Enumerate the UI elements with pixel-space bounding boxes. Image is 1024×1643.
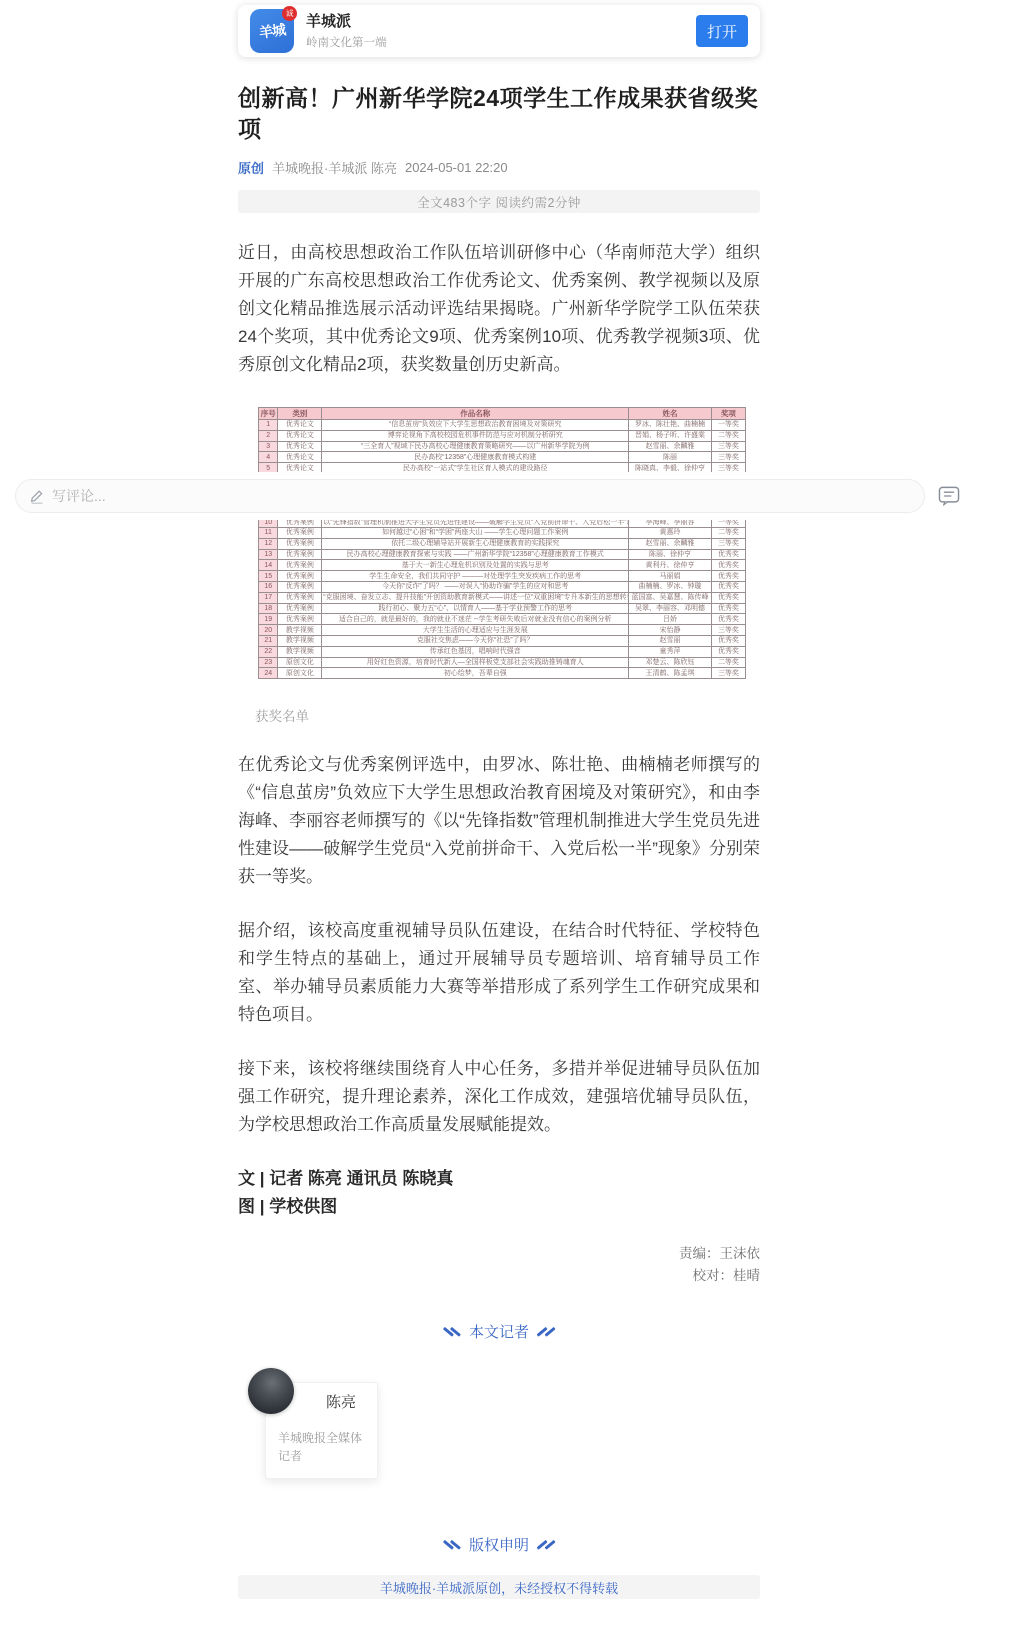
comment-input[interactable]: 写评论... (15, 479, 925, 513)
table-cell: 赵雪丽、余麟雅 (629, 538, 712, 549)
table-header-cell: 作品名称 (322, 408, 629, 420)
table-cell: 24 (259, 668, 278, 679)
table-cell: 教学视频 (278, 646, 322, 657)
credit-text-line: 文 | 记者 陈亮 通讯员 陈晓真 (238, 1165, 760, 1193)
paragraph: 接下来，该校将继续围绕育人中心任务，多措并举促进辅导员队伍加强工作研究，提升理论… (238, 1055, 760, 1139)
app-logo-text: 羊城 (258, 19, 287, 42)
source-author: 羊城晚报·羊城派 陈亮 (272, 158, 397, 177)
table-cell: 陈丽 (629, 452, 712, 463)
table-cell: 蓝国富、吴嘉慧、陈传峰 (629, 592, 712, 603)
table-cell: 优秀奖 (711, 635, 745, 646)
table-cell: 优秀奖 (711, 549, 745, 560)
table-cell: 依托二级心理辅导站开展新生心理健康教育的实践探究 (322, 538, 629, 549)
table-cell: 21 (259, 635, 278, 646)
table-cell: 马丽娟 (629, 571, 712, 582)
table-cell: 优秀奖 (711, 571, 745, 582)
table-cell: 初心绘梦，吾辈自强 (322, 668, 629, 679)
article-column: 羊城 诚 羊城派 岭南文化第一端 打开 创新高！广州新华学院24项学生工作成果获… (238, 0, 760, 1599)
table-cell: 民办高校心理健康教育探索与实践 ——广州新华学院“12358”心理健康教育工作模… (322, 549, 629, 560)
original-tag: 原创 (238, 158, 264, 177)
byline: 原创 羊城晚报·羊城派 陈亮 2024-05-01 22:20 (238, 158, 760, 177)
table-row: 15优秀案例学生生命安全，我们共同守护 ———对处理学生突发疾病工作的思考马丽娟… (259, 571, 746, 582)
table-header-row: 序号类别作品名称姓名奖项 (259, 408, 746, 420)
table-cell: 王清鹤、陈孟琪 (629, 668, 712, 679)
table-cell: 4 (259, 452, 278, 463)
table-cell: 12 (259, 538, 278, 549)
table-cell: 二等奖 (711, 527, 745, 538)
table-cell: 14 (259, 560, 278, 571)
table-cell: 曲楠楠、罗冰、钟璇 (629, 581, 712, 592)
table-cell: 优秀案例 (278, 581, 322, 592)
table-header-cell: 姓名 (629, 408, 712, 420)
table-cell: 晋娟、杨子昕、许盛棠 (629, 430, 712, 441)
table-cell: 践行初心、聚力五“心”、以情育人——基于学业预警工作的思考 (322, 603, 629, 614)
table-cell: 优秀案例 (278, 549, 322, 560)
slash-decoration-icon (447, 1539, 457, 1551)
table-cell: 3 (259, 441, 278, 452)
table-cell: 用好红色资源，培育时代新人—全国样板党支部社会实践助推铸魂育人 (322, 657, 629, 668)
table-cell: 罗冰、陈壮艳、曲楠楠 (629, 420, 712, 431)
table-cell: 教学视频 (278, 635, 322, 646)
table-row: 18优秀案例践行初心、聚力五“心”、以情育人——基于学业预警工作的思考吴翠、李丽… (259, 603, 746, 614)
table-row: 1优秀论文“信息茧房”负效应下大学生思想政治教育困境及对策研究罗冰、陈壮艳、曲楠… (259, 420, 746, 431)
table-cell: 优秀案例 (278, 571, 322, 582)
table-row: 16优秀案例今天你“反诈”了吗？ ——对误入“协助诈骗”学生的应对和思考曲楠楠、… (259, 581, 746, 592)
table-cell: 基于大一新生心理危机识别及处置的实践与思考 (322, 560, 629, 571)
table-row: 11优秀案例如何越过“心困”和“学困”两座大山 ——学生心理问题工作案例黄惠玲二… (259, 527, 746, 538)
table-cell: 博弈论视角下高校校园危机事件防范与应对机制分析研究 (322, 430, 629, 441)
table-cell: 传承红色基因，唱响时代强音 (322, 646, 629, 657)
table-cell: 优秀案例 (278, 603, 322, 614)
comment-bar: 写评论... (0, 472, 1024, 520)
table-cell: 优秀奖 (711, 614, 745, 625)
open-app-button[interactable]: 打开 (696, 15, 748, 47)
table-cell: 优秀案例 (278, 527, 322, 538)
table-cell: 吕娇 (629, 614, 712, 625)
app-banner: 羊城 诚 羊城派 岭南文化第一端 打开 (238, 5, 760, 57)
table-cell: 23 (259, 657, 278, 668)
image-caption: 获奖名单 (255, 705, 760, 725)
app-banner-text: 羊城派 岭南文化第一端 (306, 13, 387, 50)
table-header-cell: 奖项 (711, 408, 745, 420)
paragraph: 在优秀论文与优秀案例评选中，由罗冰、陈壮艳、曲楠楠老师撰写的《“信息茧房”负效应… (238, 751, 760, 891)
pencil-icon (29, 488, 45, 504)
table-row: 3优秀论文“三全育人”视域下民办高校心理健康教育策略研究——以广州新华学院为例赵… (259, 441, 746, 452)
table-row: 20教学视频大学生生活的心理适应与生涯发展宋怡静三等奖 (259, 625, 746, 636)
app-logo-badge: 诚 (282, 6, 297, 21)
table-cell: 三等奖 (711, 625, 745, 636)
table-row: 21教学视频克服社交焦虑——今天你“社恐”了吗？赵雪丽优秀奖 (259, 635, 746, 646)
table-cell: 优秀案例 (278, 614, 322, 625)
table-cell: 二等奖 (711, 430, 745, 441)
table-cell: 吴翠、李丽容、邓明德 (629, 603, 712, 614)
table-cell: 优秀奖 (711, 560, 745, 571)
table-cell: 16 (259, 581, 278, 592)
table-cell: 2 (259, 430, 278, 441)
table-cell: 优秀奖 (711, 592, 745, 603)
table-cell: 原创文化 (278, 668, 322, 679)
table-cell: 陈丽、徐仲亨 (629, 549, 712, 560)
paragraph: 据介绍，该校高度重视辅导员队伍建设，在结合时代特征、学校特色和学生特点的基础上，… (238, 917, 760, 1029)
table-cell: 大学生生活的心理适应与生涯发展 (322, 625, 629, 636)
table-row: 22教学视频传承红色基因，唱响时代强音童秀萍优秀奖 (259, 646, 746, 657)
paragraph: 近日，由高校思想政治工作队伍培训研修中心（华南师范大学）组织开展的广东高校思想政… (238, 239, 760, 379)
table-cell: 原创文化 (278, 657, 322, 668)
editor-line: 责编：王沫依 (238, 1243, 760, 1265)
editors-block: 责编：王沫依 校对：桂晴 (238, 1243, 760, 1287)
table-cell: 学生生命安全，我们共同守护 ———对处理学生突发疾病工作的思考 (322, 571, 629, 582)
table-cell: 民办高校“12358”心理健康教育模式构建 (322, 452, 629, 463)
reporter-heading-label: 本文记者 (469, 1321, 529, 1342)
table-cell: 克服社交焦虑——今天你“社恐”了吗？ (322, 635, 629, 646)
table-cell: “三全育人”视域下民办高校心理健康教育策略研究——以广州新华学院为例 (322, 441, 629, 452)
table-cell: 17 (259, 592, 278, 603)
table-cell: 二等奖 (711, 657, 745, 668)
table-cell: 一等奖 (711, 420, 745, 431)
table-cell: 优秀论文 (278, 430, 322, 441)
table-cell: 优秀论文 (278, 452, 322, 463)
table-cell: 优秀案例 (278, 592, 322, 603)
table-row: 12优秀案例依托二级心理辅导站开展新生心理健康教育的实践探究赵雪丽、余麟雅三等奖 (259, 538, 746, 549)
award-table-image: 序号类别作品名称姓名奖项 1优秀论文“信息茧房”负效应下大学生思想政治教育困境及… (258, 407, 746, 679)
slash-decoration-icon (447, 1326, 457, 1338)
table-row: 17优秀案例“克服困境、奋发立志、提升技能”开创资助教育新模式——讲述一位“双重… (259, 592, 746, 603)
table-cell: 邓楚云、陈欣钰 (629, 657, 712, 668)
table-cell: 优秀论文 (278, 441, 322, 452)
table-cell: 今天你“反诈”了吗？ ——对误入“协助诈骗”学生的应对和思考 (322, 581, 629, 592)
proofreader-line: 校对：桂晴 (238, 1265, 760, 1287)
table-cell: 三等奖 (711, 538, 745, 549)
credit-image-line: 图 | 学校供图 (238, 1193, 760, 1221)
table-cell: 11 (259, 527, 278, 538)
table-cell: 教学视频 (278, 625, 322, 636)
table-cell: 黄利丹、徐仲亨 (629, 560, 712, 571)
table-cell: 赵雪丽 (629, 635, 712, 646)
comment-placeholder: 写评论... (52, 486, 106, 506)
reporter-name: 陈亮 (326, 1391, 377, 1412)
app-logo-icon: 羊城 诚 (250, 9, 294, 53)
table-cell: 19 (259, 614, 278, 625)
reporter-avatar[interactable] (248, 1368, 294, 1414)
table-cell: “克服困境、奋发立志、提升技能”开创资助教育新模式——讲述一位“双重困境”专升本… (322, 592, 629, 603)
table-cell: 如何越过“心困”和“学困”两座大山 ——学生心理问题工作案例 (322, 527, 629, 538)
table-cell: “信息茧房”负效应下大学生思想政治教育困境及对策研究 (322, 420, 629, 431)
article-title: 创新高！广州新华学院24项学生工作成果获省级奖项 (238, 83, 760, 145)
table-cell: 15 (259, 571, 278, 582)
table-cell: 三等奖 (711, 452, 745, 463)
credits-block: 文 | 记者 陈亮 通讯员 陈晓真 图 | 学校供图 (238, 1165, 760, 1221)
table-row: 4优秀论文民办高校“12358”心理健康教育模式构建陈丽三等奖 (259, 452, 746, 463)
table-row: 23原创文化用好红色资源，培育时代新人—全国样板党支部社会实践助推铸魂育人邓楚云… (259, 657, 746, 668)
table-cell: 优秀论文 (278, 420, 322, 431)
table-cell: 22 (259, 646, 278, 657)
comment-bubble-icon[interactable] (937, 484, 961, 508)
reporter-section-heading: 本文记者 (238, 1321, 760, 1342)
app-name: 羊城派 (306, 13, 387, 31)
copyright-notice-bar: 羊城晚报·羊城派原创，未经授权不得转载 (238, 1575, 760, 1599)
table-cell: 优秀奖 (711, 581, 745, 592)
table-cell: 优秀案例 (278, 560, 322, 571)
table-cell: 赵雪丽、余麟雅 (629, 441, 712, 452)
table-cell: 优秀奖 (711, 603, 745, 614)
table-row: 2优秀论文博弈论视角下高校校园危机事件防范与应对机制分析研究晋娟、杨子昕、许盛棠… (259, 430, 746, 441)
copyright-section-heading: 版权申明 (238, 1534, 760, 1555)
app-tagline: 岭南文化第一端 (306, 34, 387, 50)
word-count-bar: 全文483个字 阅读约需2分钟 (238, 190, 760, 213)
table-row: 24原创文化初心绘梦，吾辈自强王清鹤、陈孟琪三等奖 (259, 668, 746, 679)
slash-decoration-icon (541, 1539, 551, 1551)
table-row: 13优秀案例民办高校心理健康教育探索与实践 ——广州新华学院“12358”心理健… (259, 549, 746, 560)
table-cell: 三等奖 (711, 441, 745, 452)
award-table: 序号类别作品名称姓名奖项 1优秀论文“信息茧房”负效应下大学生思想政治教育困境及… (258, 407, 746, 679)
table-row: 14优秀案例基于大一新生心理危机识别及处置的实践与思考黄利丹、徐仲亨优秀奖 (259, 560, 746, 571)
table-cell: 宋怡静 (629, 625, 712, 636)
table-cell: 适合自己的，就是最好的，我的就业不迷茫 --学生考研失败后对就业没有信心的案例分… (322, 614, 629, 625)
table-cell: 13 (259, 549, 278, 560)
publish-time: 2024-05-01 22:20 (405, 160, 508, 175)
table-cell: 优秀案例 (278, 538, 322, 549)
slash-decoration-icon (541, 1326, 551, 1338)
table-cell: 18 (259, 603, 278, 614)
reporter-title: 羊城晚报全媒体记者 (278, 1429, 364, 1465)
table-header-cell: 序号 (259, 408, 278, 420)
table-header-cell: 类别 (278, 408, 322, 420)
reporter-box: 陈亮 羊城晚报全媒体记者 (238, 1368, 760, 1486)
table-cell: 童秀萍 (629, 646, 712, 657)
table-cell: 20 (259, 625, 278, 636)
table-cell: 黄惠玲 (629, 527, 712, 538)
copyright-heading-label: 版权申明 (469, 1534, 529, 1555)
table-cell: 优秀奖 (711, 646, 745, 657)
table-cell: 三等奖 (711, 668, 745, 679)
table-row: 19优秀案例适合自己的，就是最好的，我的就业不迷茫 --学生考研失败后对就业没有… (259, 614, 746, 625)
table-cell: 1 (259, 420, 278, 431)
